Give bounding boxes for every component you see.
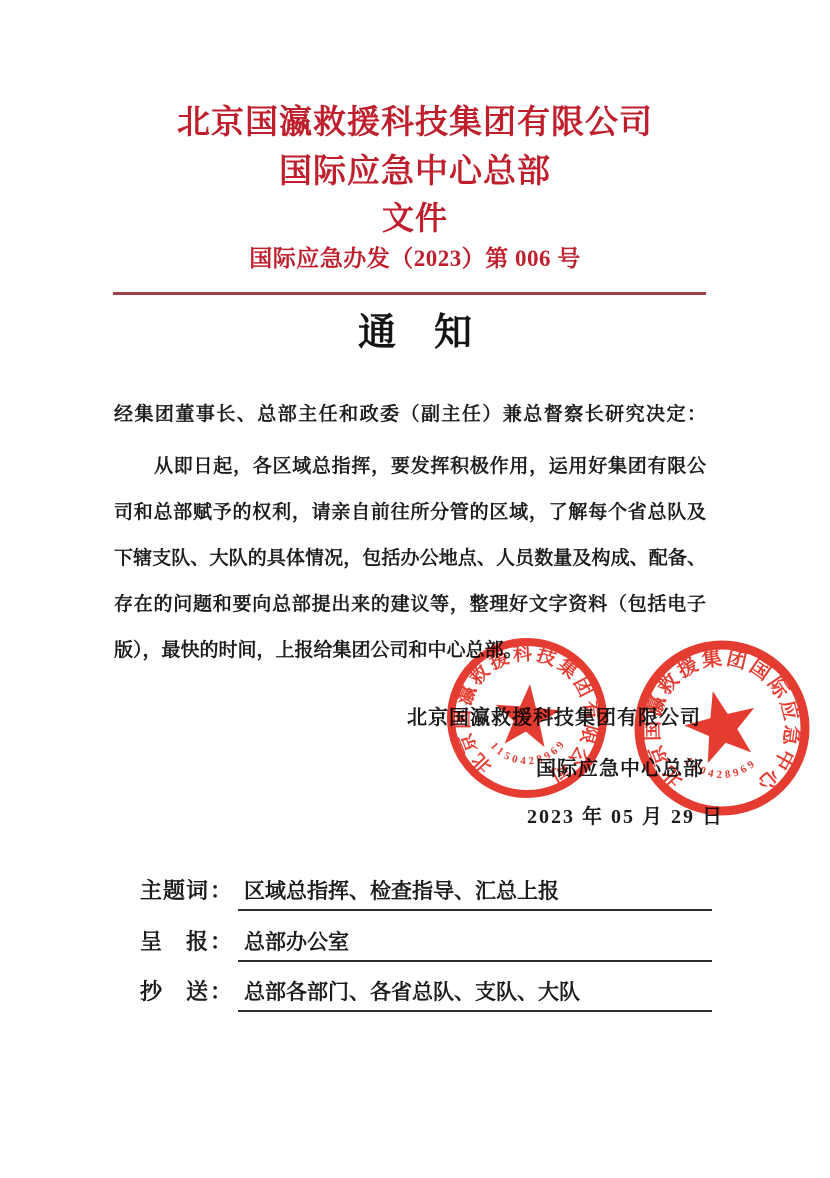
footer-label: 抄送: [140, 975, 208, 1006]
body-line: 版），最快的时间，上报给集团公司和中心总部。: [114, 628, 706, 674]
seal-number: 150428969: [683, 755, 760, 781]
star-icon: [492, 681, 562, 748]
footer-colon: ：: [210, 979, 232, 1004]
letterhead-org-line-1: 北京国瀛救援科技集团有限公司: [0, 96, 830, 143]
footer-row-report-to: 呈报：总部办公室: [140, 925, 712, 962]
body-line: 从即日起，各区域总指挥，要发挥积极作用，运用好集团有限公: [114, 444, 706, 490]
footer-label: 主题词: [140, 874, 208, 905]
footer-row-subject: 主题词：区域总指挥、检查指导、汇总上报: [140, 874, 712, 911]
document-page: 北京国瀛救援科技集团有限公司 国际应急中心总部 文件 国际应急办发（2023）第…: [0, 0, 830, 1178]
document-number: 国际应急办发（2023）第 006 号: [0, 240, 830, 273]
body-line: 下辖支队、大队的具体情况，包括办公地点、人员数量及构成、配备、: [114, 536, 706, 582]
body-line: 司和总部赋予的权利，请亲自前往所分管的区域，了解每个省总队及: [114, 490, 706, 536]
footer-row-copy-to: 抄送：总部各部门、各省总队、支队、大队: [140, 975, 712, 1012]
body-text: 经集团董事长、总部主任和政委（副主任）兼总督察长研究决定： 从即日起，各区域总指…: [114, 392, 706, 674]
letterhead-org-line-2: 国际应急中心总部: [0, 145, 830, 192]
footer-value-underlined: 总部各部门、各省总队、支队、大队: [238, 976, 712, 1012]
red-divider-line: [113, 292, 706, 295]
footer-value-underlined: 区域总指挥、检查指导、汇总上报: [238, 875, 712, 911]
company-seal-left: 北京国瀛救援科技集团有限公司 1150428969: [441, 632, 613, 804]
body-line: 存在的问题和要向总部提出来的建议等，整理好文字资料（包括电子: [114, 582, 706, 628]
footer-label: 呈报: [140, 925, 208, 956]
footer-colon: ：: [210, 878, 232, 903]
star-icon: [678, 682, 765, 766]
body-line: 经集团董事长、总部主任和政委（副主任）兼总督察长研究决定：: [114, 392, 706, 438]
footer-colon: ：: [210, 929, 232, 954]
footer-value-underlined: 总部办公室: [238, 926, 712, 962]
svg-text:150428969: 150428969: [683, 755, 760, 781]
company-seal-right: 北京国瀛救援集团国际应急中心 150428969: [630, 636, 814, 820]
letterhead-doc-type: 文件: [0, 193, 830, 239]
notice-title: 通 知: [0, 301, 830, 356]
